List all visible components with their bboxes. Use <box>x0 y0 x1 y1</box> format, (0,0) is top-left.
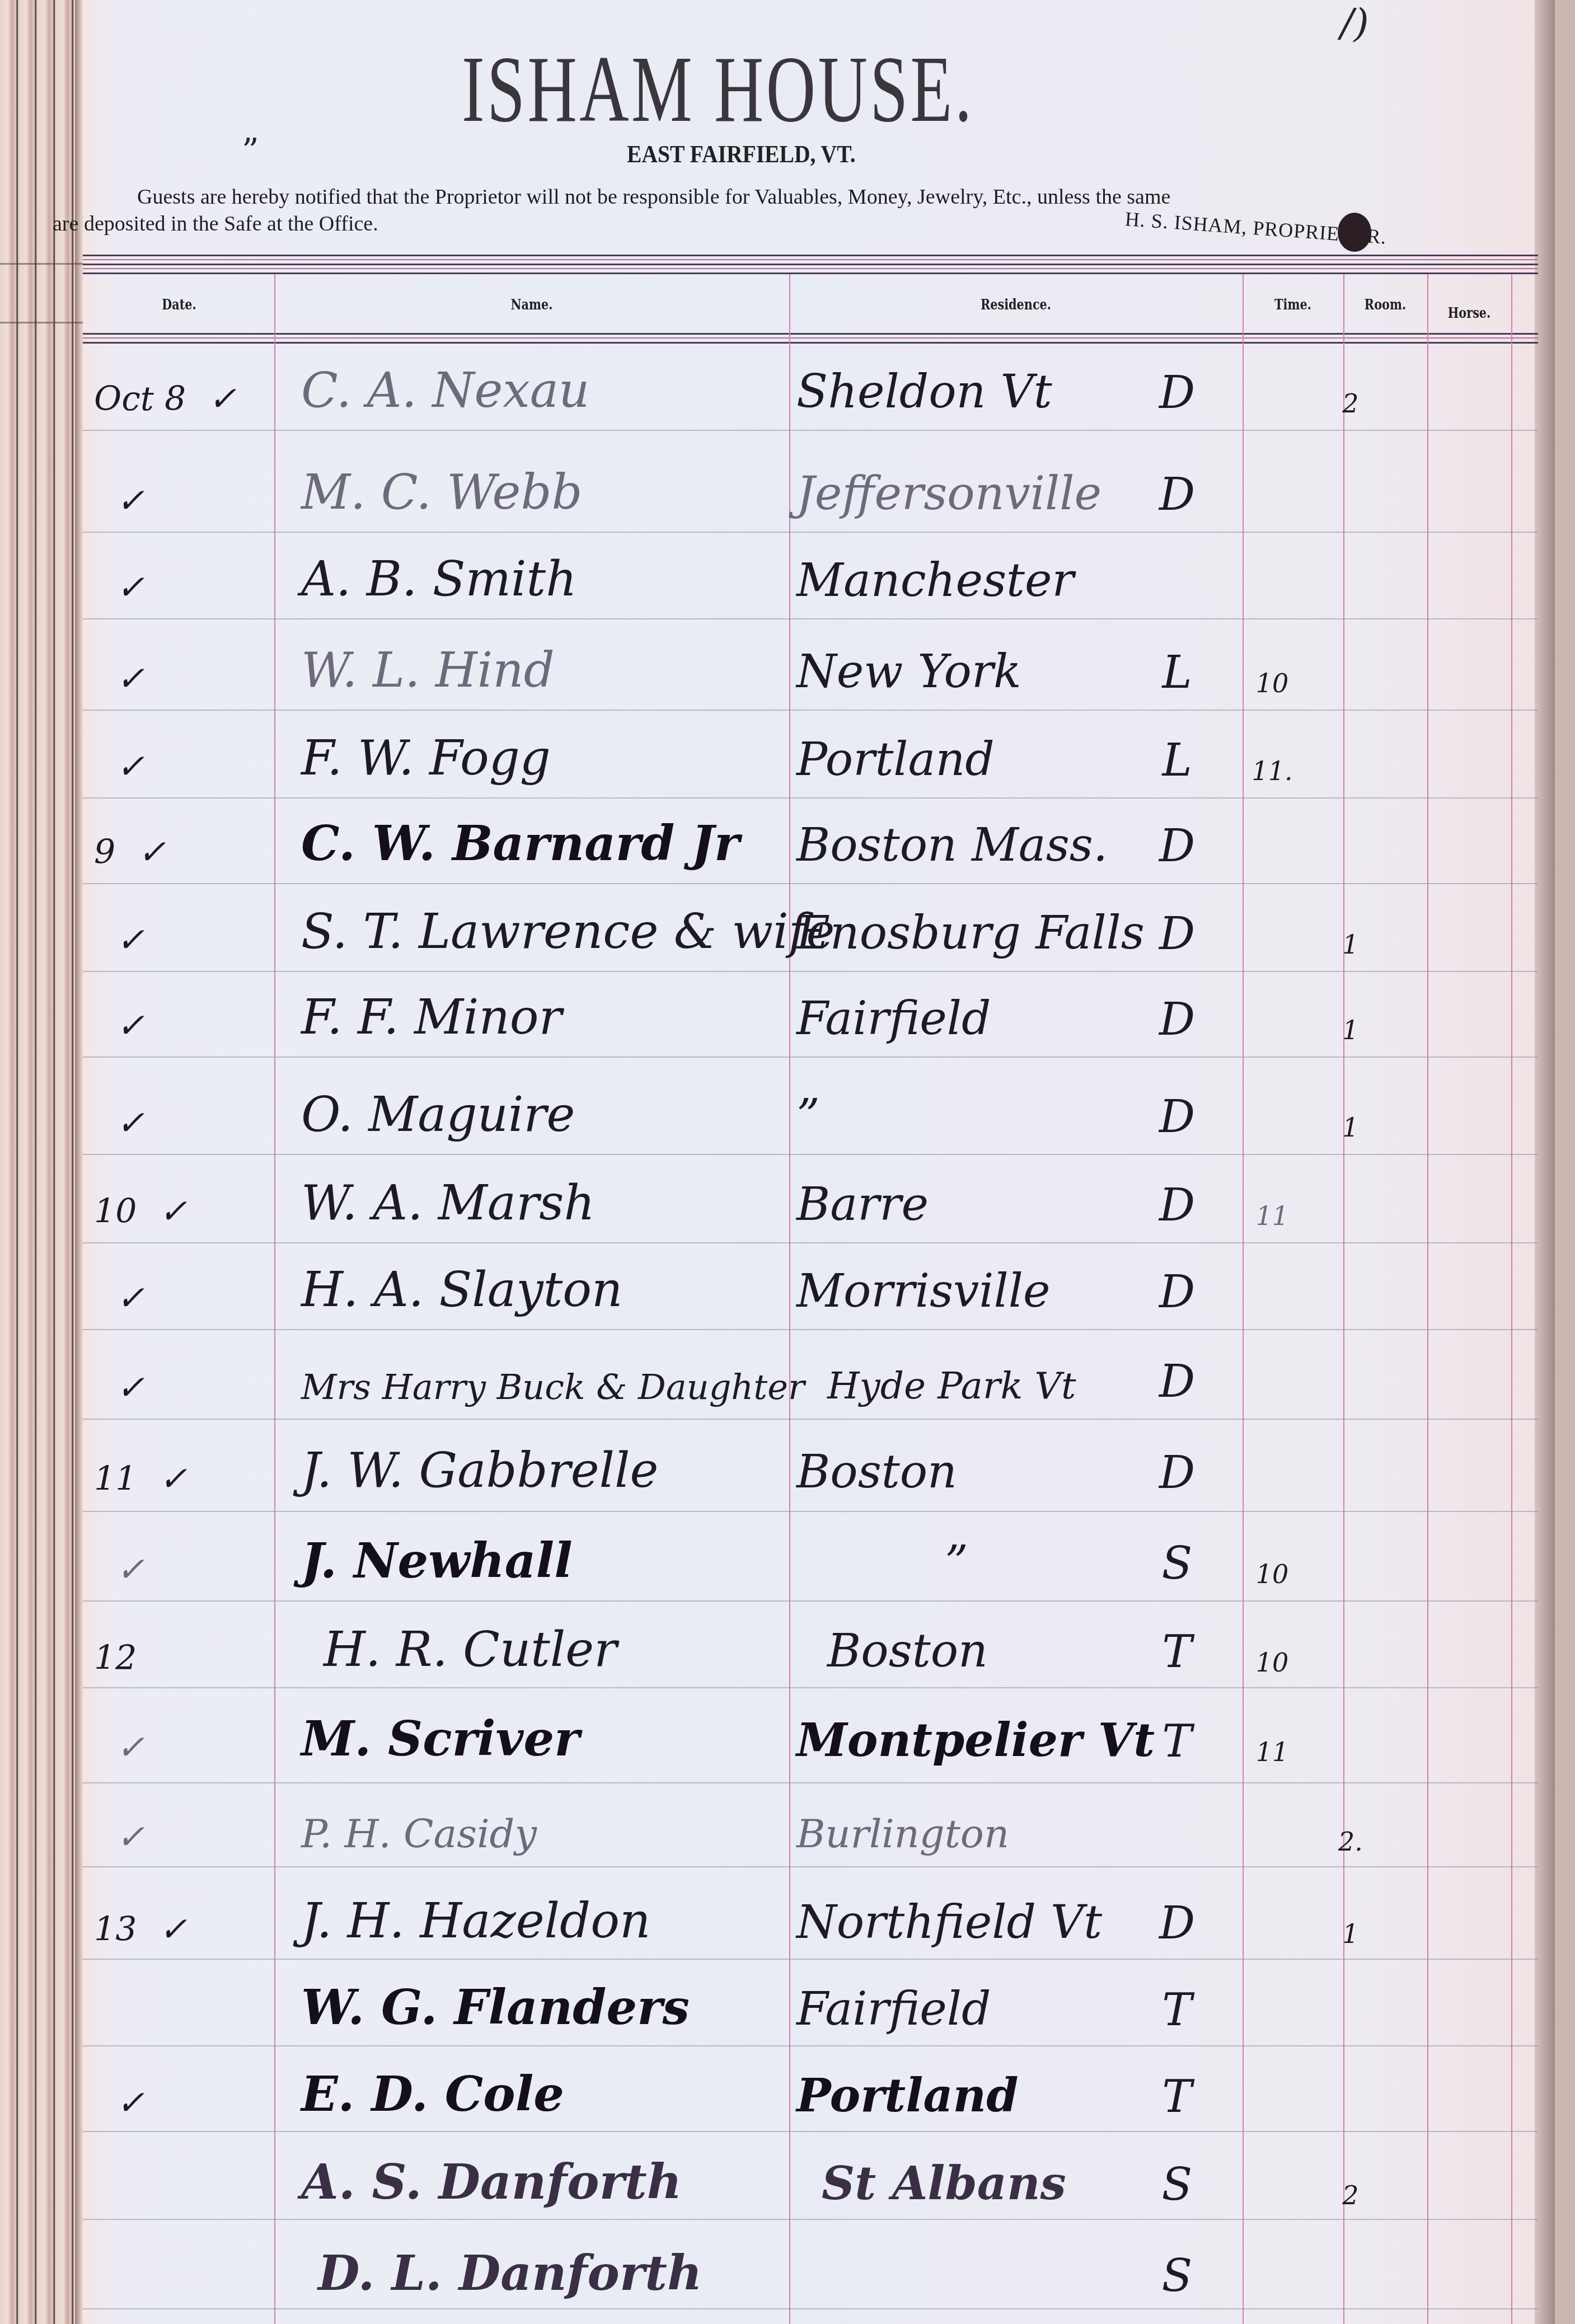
entry-time: D <box>1135 1447 1219 1499</box>
register-entry: 13✓ J. H. Hazeldon Northfield Vt D 1 <box>83 1877 1555 1960</box>
checkmark-icon: ✓ <box>116 1368 144 1407</box>
register-entry: ✓ O. Maguire ” D 1 <box>83 1071 1555 1154</box>
column-header-horse: Horse. <box>1436 305 1503 322</box>
ruled-line <box>83 1329 1538 1330</box>
entry-residence: Boston <box>796 1445 957 1499</box>
stack-rule <box>0 322 83 323</box>
checkmark-icon: ✓ <box>116 747 144 786</box>
entry-residence: Jeffersonville <box>796 467 1101 520</box>
entry-name: E. D. Cole <box>301 2066 564 2123</box>
entry-name: M. Scriver <box>301 1711 580 1767</box>
entry-time: D <box>1135 468 1219 520</box>
ruled-line <box>83 971 1538 972</box>
band-rule <box>83 273 1538 274</box>
checkmark-icon: ✓ <box>116 1728 144 1767</box>
entry-time: D <box>1135 1266 1219 1318</box>
band-rule <box>83 333 1538 335</box>
ink-blot <box>1338 213 1371 252</box>
entry-date: Oct 8✓ <box>94 379 273 419</box>
checkmark-icon: ✓ <box>116 2083 144 2123</box>
book-page-edges <box>0 0 83 2324</box>
entry-time: D <box>1135 1091 1219 1143</box>
entry-date: ✓ <box>94 481 273 520</box>
ruled-line <box>83 430 1538 431</box>
checkmark-icon: ✓ <box>208 379 236 419</box>
entry-date <box>94 1997 273 2036</box>
ruled-line <box>83 797 1538 799</box>
checkmark-icon: ✓ <box>116 1818 144 1857</box>
entry-time: S <box>1135 2158 1219 2210</box>
checkmark-icon: ✓ <box>138 833 166 872</box>
entry-time: D <box>1135 1179 1219 1231</box>
register-entry: 10✓ W. A. Marsh Barre D 11 <box>83 1159 1555 1242</box>
entry-name: M. C. Webb <box>301 464 583 520</box>
entry-residence: Manchester <box>796 554 1074 607</box>
band-rule <box>83 259 1538 260</box>
register-entry: ✓ A. B. Smith Manchester <box>83 536 1555 618</box>
column-header-room: Room. <box>1352 297 1419 313</box>
ruled-line <box>83 1242 1538 1243</box>
entry-time: T <box>1135 1626 1219 1678</box>
entry-residence: Barre <box>796 1178 929 1231</box>
register-entry: ✓ H. A. Slayton Morrisville D <box>83 1246 1555 1329</box>
ruled-line <box>83 1057 1538 1058</box>
column-header-name: Name. <box>326 297 738 313</box>
entry-residence: Fairfield <box>796 1983 991 2036</box>
entry-date: ✓ <box>94 1006 273 1045</box>
register-entry: ✓ W. L. Hind New York L 10 <box>83 627 1555 710</box>
entry-name: C. A. Nexau <box>301 363 590 419</box>
checkmark-icon: ✓ <box>116 481 144 520</box>
entry-residence: Portland <box>796 2069 1018 2123</box>
checkmark-icon: ✓ <box>159 1910 187 1949</box>
entry-date: ✓ <box>94 568 273 607</box>
ruled-line <box>83 618 1538 619</box>
register-entry: ✓ P. H. Casidy Burlington 2. <box>83 1785 1555 1868</box>
entry-date: 13✓ <box>94 1910 273 1949</box>
ruled-line <box>83 1600 1538 1602</box>
column-header-residence: Residence. <box>835 297 1197 313</box>
entry-residence: New York <box>796 645 1021 698</box>
entry-name: H. A. Slayton <box>301 1262 622 1318</box>
entry-room: 11 <box>1236 1201 1309 1231</box>
register-entry: A. S. Danforth St Albans S 2 <box>83 2139 1555 2222</box>
ruled-line <box>83 710 1538 711</box>
register-entry: ✓ F. W. Fogg Portland L 11. <box>83 715 1555 797</box>
entry-date <box>94 2262 273 2302</box>
entry-date <box>94 2171 273 2210</box>
entry-time: D <box>1135 1355 1219 1407</box>
column-header-time: Time. <box>1253 297 1333 313</box>
entry-name: C. W. Barnard Jr <box>301 815 739 872</box>
notice-line-2: are deposited in the Safe at the Office. <box>53 212 378 236</box>
entry-residence: Enosburg Falls <box>796 907 1145 960</box>
entry-date: ✓ <box>94 1818 273 1857</box>
entry-residence: Northfield Vt <box>796 1896 1102 1949</box>
register-entry: 12 H. R. Cutler Boston T 10 <box>83 1606 1555 1689</box>
register-entry: ✓ M. Scriver Montpelier Vt T 11 <box>83 1696 1555 1778</box>
entry-residence: ” <box>945 1536 968 1589</box>
entry-room: 10 <box>1236 668 1309 698</box>
checkmark-icon: ✓ <box>159 1459 187 1499</box>
checkmark-icon: ✓ <box>116 1550 144 1589</box>
ruled-line <box>83 1782 1538 1783</box>
register-entry: 11✓ J. W. Gabbrelle Boston D <box>83 1427 1555 1510</box>
entry-residence: Morrisville <box>796 1265 1051 1318</box>
ditto-mark: ” <box>242 132 259 171</box>
entry-residence: Burlington <box>796 1811 1009 1857</box>
entry-name: J. Newhall <box>301 1533 573 1589</box>
entry-date: 9✓ <box>94 833 273 872</box>
entry-residence: Portland <box>796 733 995 786</box>
entry-time: S <box>1135 1537 1219 1589</box>
entry-name: O. Maguire <box>301 1087 575 1143</box>
entry-name: F. F. Minor <box>301 989 562 1045</box>
entry-horse: 1 <box>1314 1919 1387 1949</box>
entry-time: T <box>1135 2071 1219 2123</box>
entry-date: ✓ <box>94 1550 273 1589</box>
entry-horse: 1 <box>1314 1112 1387 1143</box>
entry-date: 11✓ <box>94 1459 273 1499</box>
spine-shadow <box>75 0 83 2324</box>
entry-residence: Sheldon Vt <box>796 365 1052 419</box>
register-entry: ✓ J. Newhall ” S 10 <box>83 1518 1555 1600</box>
column-header-date: Date. <box>103 297 255 313</box>
entry-horse: 1 <box>1314 929 1387 960</box>
ruled-line <box>83 1154 1538 1155</box>
entry-time: L <box>1135 646 1219 698</box>
entry-date: ✓ <box>94 747 273 786</box>
ruled-line <box>83 883 1538 884</box>
page-title: ISHAM HOUSE. <box>188 35 1248 144</box>
checkmark-icon: ✓ <box>116 568 144 607</box>
register-entry: Oct 8✓ C. A. Nexau Sheldon Vt D 2 <box>83 347 1555 430</box>
band-rule <box>83 342 1538 344</box>
entry-name: W. G. Flanders <box>301 1979 690 2036</box>
entry-name: S. T. Lawrence & wife <box>301 904 835 960</box>
checkmark-icon: ✓ <box>116 1006 144 1045</box>
checkmark-icon: ✓ <box>116 1279 144 1318</box>
entry-horse: 2. <box>1314 1827 1387 1857</box>
register-entry: ✓ Mrs Harry Buck & Daughter Hyde Park Vt… <box>83 1336 1555 1419</box>
entry-name: A. B. Smith <box>301 551 577 607</box>
entry-room: 10 <box>1236 1647 1309 1678</box>
entry-residence: ” <box>796 1090 820 1143</box>
entry-date: ✓ <box>94 659 273 698</box>
entry-name: D. L. Danforth <box>318 2245 702 2302</box>
entry-residence: St Albans <box>822 2157 1066 2210</box>
entry-room: 11 <box>1236 1737 1309 1767</box>
checkmark-icon: ✓ <box>116 659 144 698</box>
entry-time: D <box>1135 993 1219 1045</box>
entry-time: T <box>1135 1984 1219 2036</box>
entry-time: D <box>1135 820 1219 872</box>
checkmark-icon: ✓ <box>116 1104 144 1143</box>
entry-residence: Montpelier Vt <box>796 1713 1155 1767</box>
checkmark-icon: ✓ <box>159 1192 187 1231</box>
notice-line-1: Guests are hereby notified that the Prop… <box>137 185 1170 209</box>
ruled-line <box>83 532 1538 533</box>
register-entry: ✓ F. F. Minor Fairfield D 1 <box>83 974 1555 1057</box>
entry-name: J. H. Hazeldon <box>301 1893 650 1949</box>
entry-date: ✓ <box>94 921 273 960</box>
entry-name: W. L. Hind <box>301 642 555 698</box>
entry-time: D <box>1135 1897 1219 1949</box>
entry-time: D <box>1135 908 1219 960</box>
entry-date: ✓ <box>94 2083 273 2123</box>
entry-date: ✓ <box>94 1279 273 1318</box>
entry-name: J. W. Gabbrelle <box>301 1443 659 1499</box>
entry-residence: Fairfield <box>796 992 991 1045</box>
entry-time: L <box>1135 734 1219 786</box>
entry-date: ✓ <box>94 1104 273 1143</box>
ruled-line <box>83 1511 1538 1512</box>
register-entry: ✓ M. C. Webb Jeffersonville D <box>83 449 1555 532</box>
checkmark-icon: ✓ <box>116 921 144 960</box>
entry-time: T <box>1135 1715 1219 1767</box>
register-entry: D. L. Danforth S <box>83 2230 1555 2313</box>
ruled-line <box>83 1419 1538 1420</box>
stack-rule <box>0 263 83 265</box>
entry-residence: Boston Mass. <box>796 819 1108 872</box>
location-subtitle: EAST FAIRFIELD, VT. <box>627 140 856 168</box>
entry-time: D <box>1135 367 1219 419</box>
entry-horse: 2 <box>1314 388 1387 419</box>
entry-horse: 2 <box>1314 2180 1387 2210</box>
entry-residence: Boston <box>827 1625 988 1678</box>
register-entry: W. G. Flanders Fairfield T <box>83 1964 1555 2047</box>
entry-name: Mrs Harry Buck & Daughter <box>301 1367 805 1407</box>
entry-name: H. R. Cutler <box>324 1622 617 1678</box>
register-entry: ✓ S. T. Lawrence & wife Enosburg Falls D… <box>83 888 1555 971</box>
page-number-mark: /) <box>1340 0 1369 46</box>
entry-name: P. H. Casidy <box>301 1811 537 1857</box>
entry-date: ✓ <box>94 1728 273 1767</box>
entry-residence: Hyde Park Vt <box>827 1364 1076 1407</box>
register-entry: 9✓ C. W. Barnard Jr Boston Mass. D <box>83 800 1555 883</box>
entry-name: A. S. Danforth <box>301 2154 682 2210</box>
entry-horse: 1 <box>1314 1015 1387 1045</box>
band-rule <box>83 337 1538 339</box>
band-rule <box>83 264 1538 265</box>
entry-date: ✓ <box>94 1368 273 1407</box>
entry-date: 12 <box>94 1638 273 1678</box>
entry-name: F. W. Fogg <box>301 730 551 786</box>
entry-room: 10 <box>1236 1559 1309 1589</box>
register-entry: ✓ E. D. Cole Portland T <box>83 2051 1555 2134</box>
entry-time: S <box>1135 2250 1219 2302</box>
entry-room: 11. <box>1236 756 1309 786</box>
band-rule <box>83 268 1538 269</box>
band-rule <box>83 255 1538 256</box>
entry-name: W. A. Marsh <box>301 1175 595 1231</box>
entry-date: 10✓ <box>94 1192 273 1231</box>
